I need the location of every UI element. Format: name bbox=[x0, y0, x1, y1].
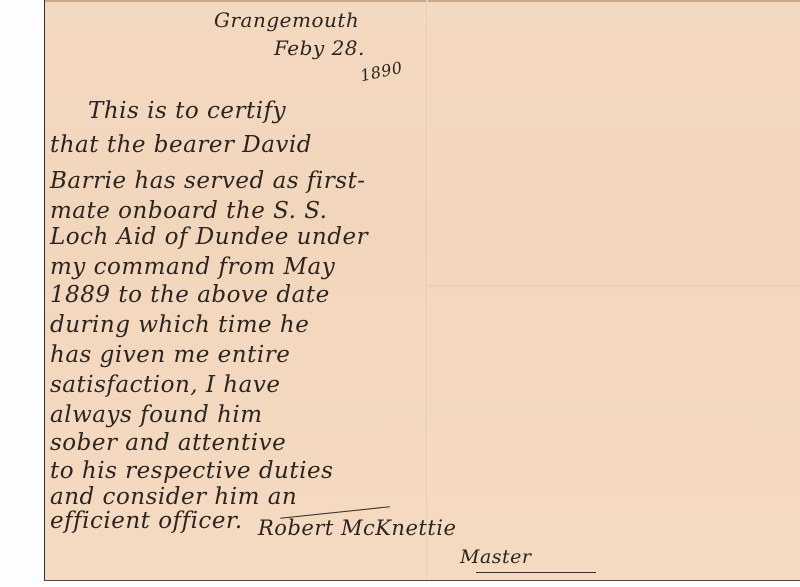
body-line-10: satisfaction, I have bbox=[50, 372, 280, 398]
title-underline bbox=[476, 572, 596, 573]
body-line-8: during which time he bbox=[50, 312, 309, 338]
body-line-12: sober and attentive bbox=[50, 430, 286, 456]
body-line-15: efficient officer. bbox=[50, 508, 243, 534]
body-line-7: 1889 to the above date bbox=[50, 282, 330, 308]
scanned-page: Grangemouth Feby 28. 1890 This is to cer… bbox=[0, 0, 800, 587]
body-line-3: Barrie has served as first- bbox=[50, 168, 366, 194]
letter-date: Feby 28. bbox=[274, 36, 365, 60]
letter-place: Grangemouth bbox=[214, 8, 359, 32]
body-line-9: has given me entire bbox=[50, 342, 290, 368]
horizontal-fold-crease bbox=[427, 285, 800, 287]
vertical-fold-crease bbox=[426, 0, 428, 580]
body-line-14: and consider him an bbox=[50, 484, 297, 510]
signature-name: Robert McKnettie bbox=[258, 516, 456, 540]
body-line-13: to his respective duties bbox=[50, 458, 333, 484]
signature-title: Master bbox=[460, 546, 532, 568]
body-line-11: always found him bbox=[50, 402, 263, 428]
body-line-1: This is to certify bbox=[88, 98, 286, 124]
body-line-5: Loch Aid of Dundee under bbox=[50, 224, 368, 250]
body-line-4: mate onboard the S. S. bbox=[50, 198, 327, 224]
body-line-6: my command from May bbox=[50, 254, 335, 280]
body-line-2: that the bearer David bbox=[50, 132, 312, 158]
